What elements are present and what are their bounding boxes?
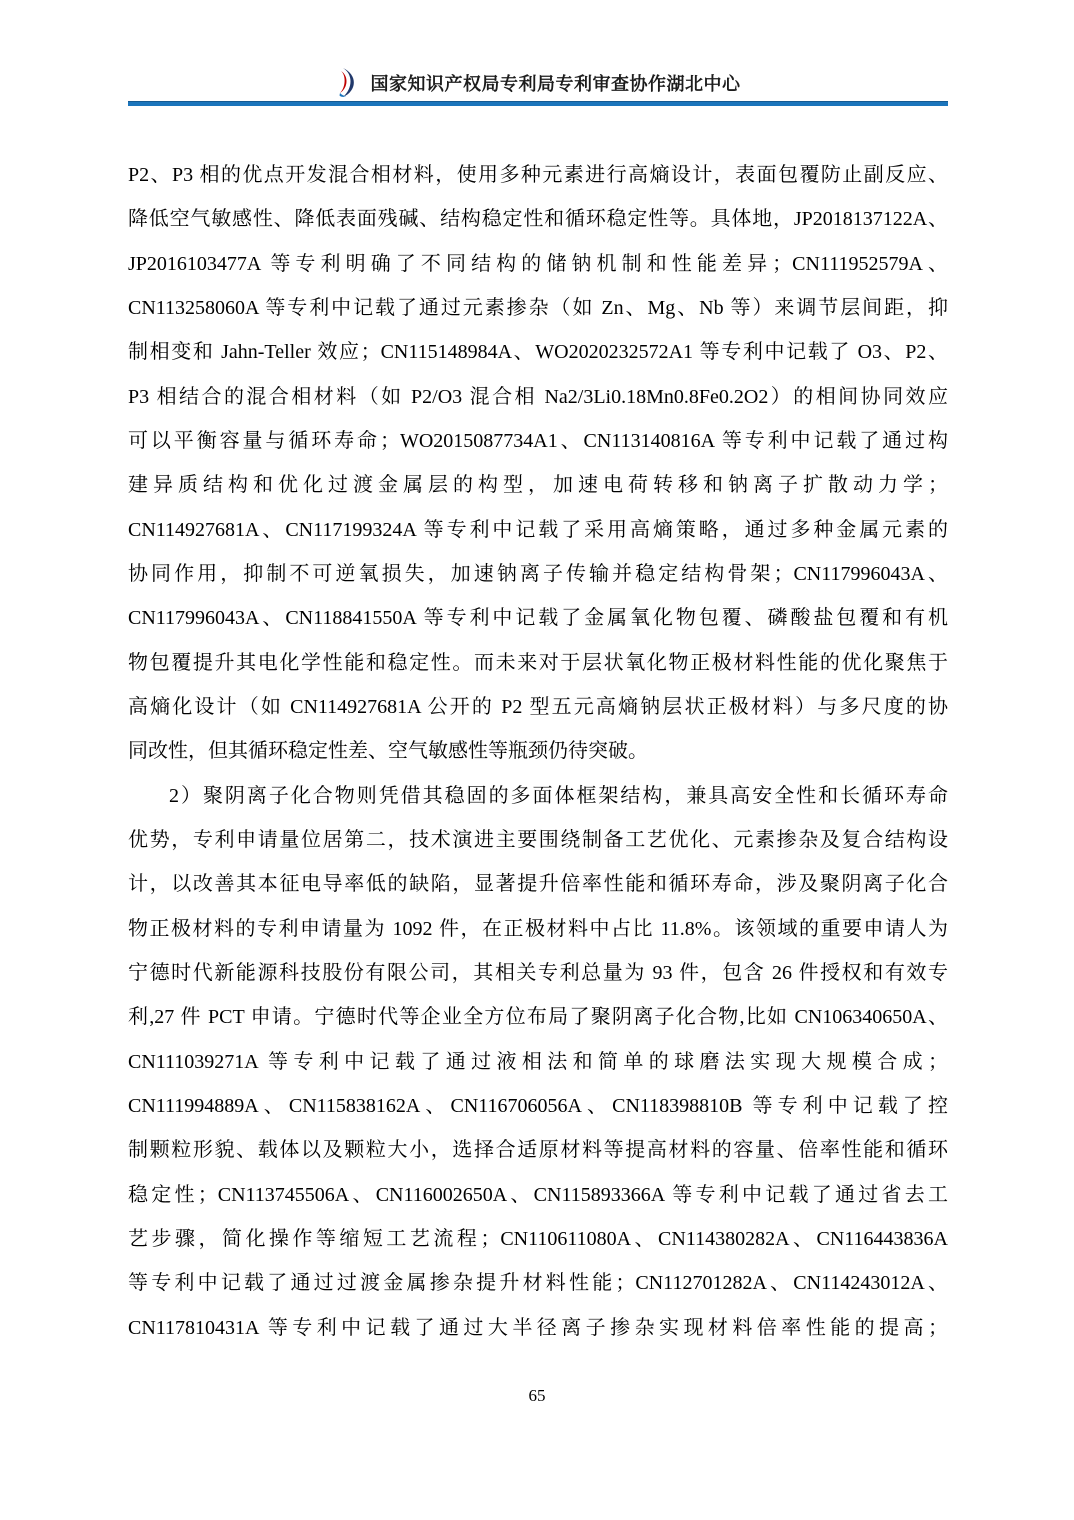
text-line: CN117810431A 等专利中记载了通过大半径离子掺杂实现材料倍率性能的提高… [128, 1306, 948, 1350]
text-line: 可以平衡容量与循环寿命；WO2015087734A1、CN113140816A … [128, 419, 948, 463]
text-line: 建异质结构和优化过渡金属层的构型，加速电荷转移和钠离子扩散动力学； [128, 463, 948, 507]
org-title: 国家知识产权局专利局专利审查协作湖北中心 [371, 70, 741, 96]
text-line: CN111994889A、CN115838162A、CN116706056A、C… [128, 1084, 948, 1128]
text-line: 物包覆提升其电化学性能和稳定性。而未来对于层状氧化物正极材料性能的优化聚焦于 [128, 641, 948, 685]
text-line: P2、P3 相的优点开发混合相材料，使用多种元素进行高熵设计，表面包覆防止副反应… [128, 153, 948, 197]
text-line: 宁德时代新能源科技股份有限公司，其相关专利总量为 93 件，包含 26 件授权和… [128, 951, 948, 995]
text-line: 物正极材料的专利申请量为 1092 件，在正极材料中占比 11.8%。该领域的重… [128, 907, 948, 951]
text-line: JP2016103477A 等专利明确了不同结构的储钠机制和性能差异；CN111… [128, 242, 948, 286]
text-line: 等专利中记载了通过过渡金属掺杂提升材料性能；CN112701282A、CN114… [128, 1261, 948, 1305]
text-line: CN117996043A、CN118841550A 等专利中记载了金属氧化物包覆… [128, 596, 948, 640]
cnipa-hubei-center-logo-icon [334, 66, 358, 100]
text-line: 高熵化设计（如 CN114927681A 公开的 P2 型五元高熵钠层状正极材料… [128, 685, 948, 729]
text-line: 协同作用，抑制不可逆氧损失，加速钠离子传输并稳定结构骨架；CN117996043… [128, 552, 948, 596]
text-line: P3 相结合的混合相材料（如 P2/O3 混合相 Na2/3Li0.18Mn0.… [128, 375, 948, 419]
text-line: 降低空气敏感性、降低表面残碱、结构稳定性和循环稳定性等。具体地，JP201813… [128, 197, 948, 241]
paragraph: 2）聚阴离子化合物则凭借其稳固的多面体框架结构，兼具高安全性和长循环寿命优势，专… [128, 774, 948, 1350]
page-number: 65 [0, 1386, 1074, 1406]
text-line: 制颗粒形貌、载体以及颗粒大小，选择合适原材料等提高材料的容量、倍率性能和循环 [128, 1128, 948, 1172]
document-body: P2、P3 相的优点开发混合相材料，使用多种元素进行高熵设计，表面包覆防止副反应… [128, 153, 948, 1350]
document-page: 国家知识产权局专利局专利审查协作湖北中心 P2、P3 相的优点开发混合相材料，使… [0, 0, 1074, 1520]
text-line: 稳定性；CN113745506A、CN116002650A、CN11589336… [128, 1173, 948, 1217]
text-line: 2）聚阴离子化合物则凭借其稳固的多面体框架结构，兼具高安全性和长循环寿命 [128, 774, 948, 818]
text-line: 同改性，但其循环稳定性差、空气敏感性等瓶颈仍待突破。 [128, 729, 948, 773]
page-header: 国家知识产权局专利局专利审查协作湖北中心 [0, 66, 1074, 100]
paragraph: P2、P3 相的优点开发混合相材料，使用多种元素进行高熵设计，表面包覆防止副反应… [128, 153, 948, 774]
header-rule [128, 101, 948, 106]
text-line: CN113258060A 等专利中记载了通过元素掺杂（如 Zn、Mg、Nb 等）… [128, 286, 948, 330]
text-line: CN114927681A、CN117199324A 等专利中记载了采用高熵策略，… [128, 508, 948, 552]
text-line: 利,27 件 PCT 申请。宁德时代等企业全方位布局了聚阴离子化合物,比如 CN… [128, 995, 948, 1039]
text-line: 计，以改善其本征电导率低的缺陷，显著提升倍率性能和循环寿命，涉及聚阴离子化合 [128, 862, 948, 906]
text-line: 艺步骤，简化操作等缩短工艺流程；CN110611080A、CN114380282… [128, 1217, 948, 1261]
text-line: 制相变和 Jahn-Teller 效应；CN115148984A、WO20202… [128, 330, 948, 374]
text-line: 优势，专利申请量位居第二，技术演进主要围绕制备工艺优化、元素掺杂及复合结构设 [128, 818, 948, 862]
text-line: CN111039271A 等专利中记载了通过液相法和简单的球磨法实现大规模合成； [128, 1040, 948, 1084]
